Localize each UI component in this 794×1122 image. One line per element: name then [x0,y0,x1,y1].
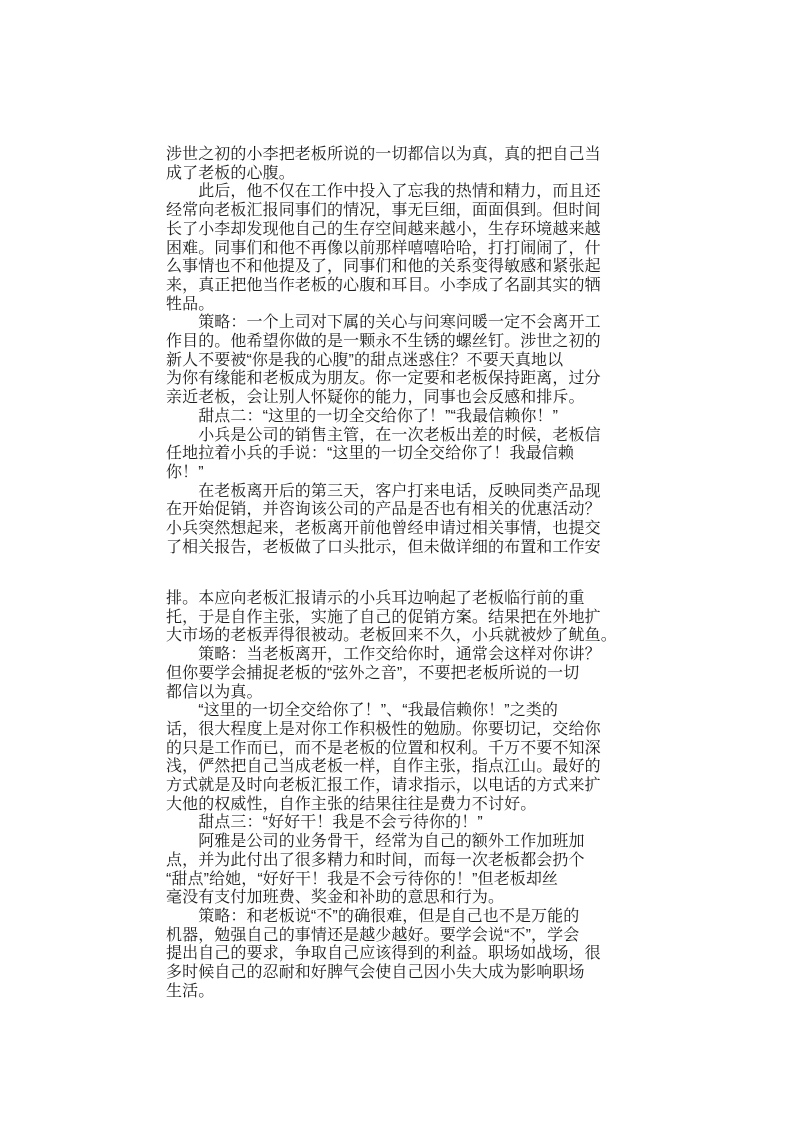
text-block-top: 涉世之初的小李把老板所说的一切都信以为真，真的把自己当 成了老板的心腹。 此后，… [166,146,622,557]
text-block-bottom: 排。本应向老板汇报请示的小兵耳边响起了老板临行前的重 托，于是自作主张，实施了自… [166,590,622,1001]
document-page: 涉世之初的小李把老板所说的一切都信以为真，真的把自己当 成了老板的心腹。 此后，… [0,0,794,1122]
